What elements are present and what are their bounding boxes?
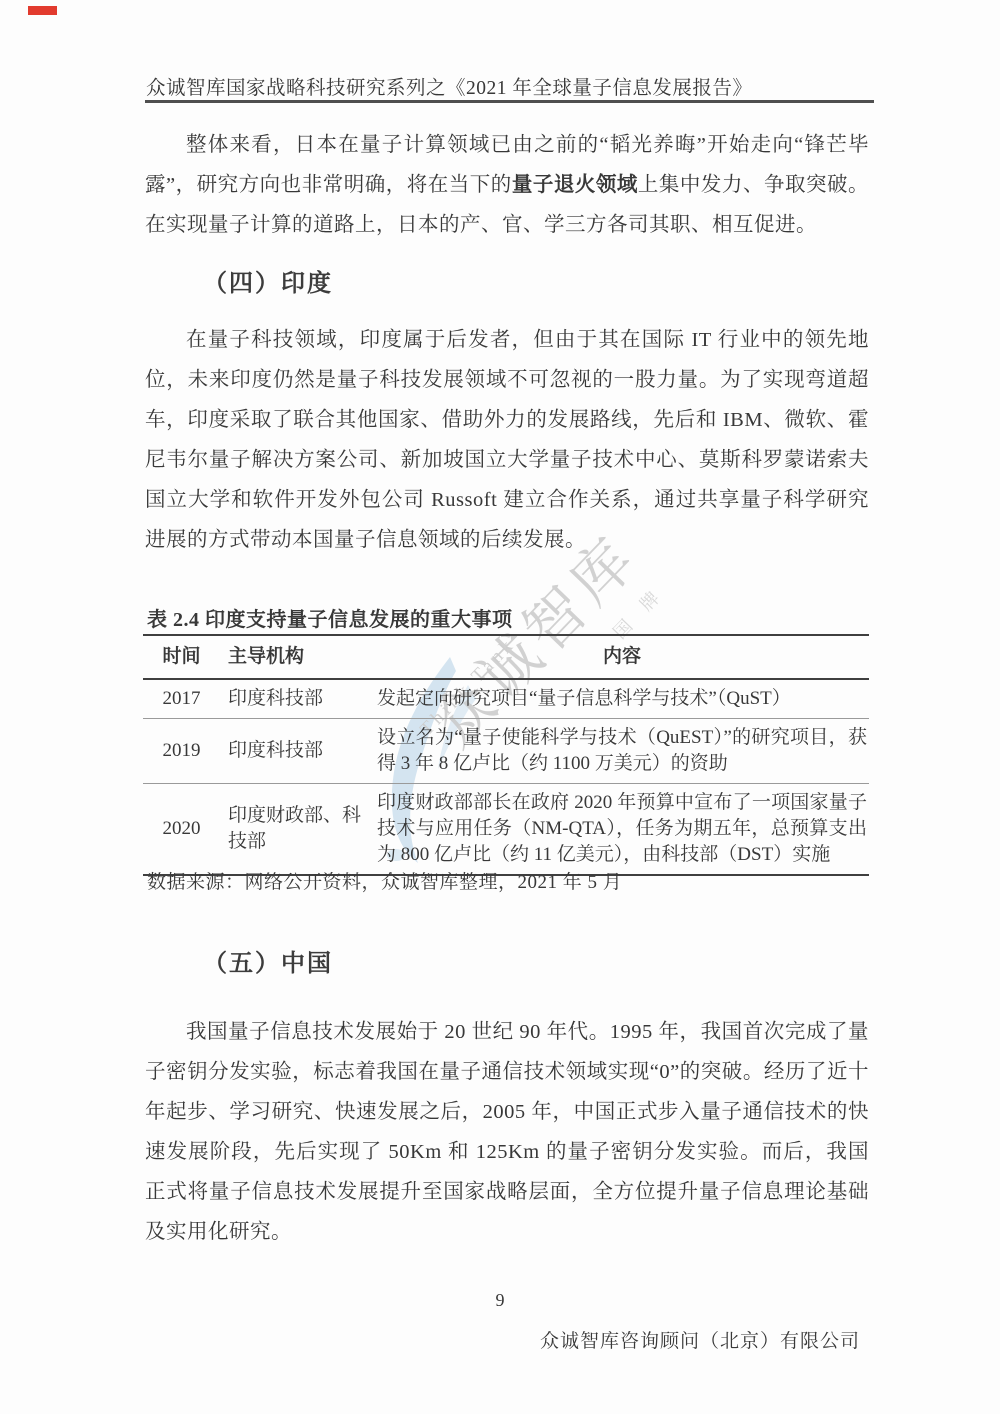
cell-content: 设立名为“量子使能科学与技术（QuEST）”的研究项目，获得 3 年 8 亿卢比…: [372, 719, 869, 784]
section-heading-india: （四）印度: [203, 263, 333, 298]
paragraph-japan: 整体来看，日本在量子计算领域已由之前的“韬光养晦”开始走向“锋芒毕露”，研究方向…: [145, 125, 869, 245]
column-header-content: 内容: [372, 635, 869, 679]
table-row: 2020 印度财政部、科技部 印度财政部部长在政府 2020 年预算中宣布了一项…: [143, 784, 869, 876]
table-title: 表 2.4 印度支持量子信息发展的重大事项: [147, 603, 513, 632]
column-header-org: 主导机构: [220, 635, 372, 679]
column-header-time: 时间: [143, 635, 220, 679]
footer-company-name: 众诚智库咨询顾问（北京）有限公司: [540, 1326, 860, 1353]
paragraph-japan-bold-term: 量子退火领域: [512, 174, 638, 196]
cell-content: 印度财政部部长在政府 2020 年预算中宣布了一项国家量子技术与应用任务（NM-…: [372, 784, 869, 876]
table-row: 2019 印度科技部 设立名为“量子使能科学与技术（QuEST）”的研究项目，获…: [143, 719, 869, 784]
red-corner-mark: [28, 6, 57, 15]
paragraph-india: 在量子科技领域，印度属于后发者，但由于其在国际 IT 行业中的领先地位，未来印度…: [145, 320, 869, 560]
document-page: 众诚智库 Think Tank 国 牌 众诚智库国家战略科技研究系列之《2021…: [0, 0, 1000, 1414]
running-header-title: 众诚智库国家战略科技研究系列之《2021 年全球量子信息发展报告》: [146, 72, 752, 100]
india-events-table: 时间 主导机构 内容 2017 印度科技部 发起定向研究项目“量子信息科学与技术…: [143, 634, 869, 876]
cell-org: 印度科技部: [220, 679, 372, 719]
cell-org: 印度财政部、科技部: [220, 784, 372, 876]
section-heading-china: （五）中国: [203, 943, 333, 978]
cell-content: 发起定向研究项目“量子信息科学与技术”（QuST）: [372, 679, 869, 719]
paragraph-china: 我国量子信息技术发展始于 20 世纪 90 年代。1995 年，我国首次完成了量…: [145, 1012, 869, 1252]
table-row: 2017 印度科技部 发起定向研究项目“量子信息科学与技术”（QuST）: [143, 679, 869, 719]
cell-org: 印度科技部: [220, 719, 372, 784]
page-number: 9: [0, 1290, 1000, 1311]
header-rule: [145, 100, 874, 103]
cell-time: 2019: [143, 719, 220, 784]
table-header-row: 时间 主导机构 内容: [143, 635, 869, 679]
cell-time: 2017: [143, 679, 220, 719]
table-source-note: 数据来源：网络公开资料，众诚智库整理，2021 年 5 月: [147, 867, 622, 894]
cell-time: 2020: [143, 784, 220, 876]
